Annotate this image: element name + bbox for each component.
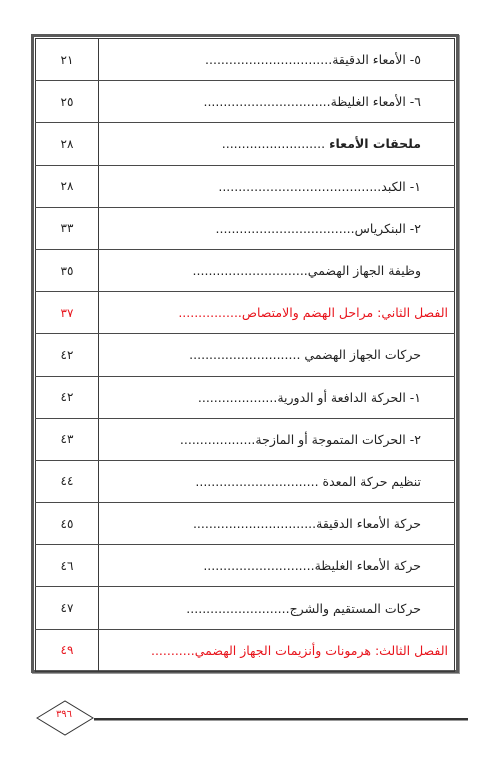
toc-row[interactable]: ٤٢حركات الجهاز الهضمي ..................… bbox=[36, 334, 455, 376]
entry-title: حركات الجهاز الهضمي ....................… bbox=[99, 334, 455, 376]
toc-row-chapter[interactable]: ٣٧الفصل الثاني: مراحل الهضم والامتصاص...… bbox=[36, 292, 455, 334]
entry-title: الفصل الثالث: هرمونات وأنزيمات الجهاز ال… bbox=[99, 629, 455, 671]
entry-title: تنظيم حركة المعدة ......................… bbox=[99, 460, 455, 502]
leader-dots: .......................... bbox=[186, 601, 289, 616]
entry-title: ١- الكبد................................… bbox=[99, 165, 455, 207]
entry-label: حركات الجهاز الهضمي bbox=[304, 347, 421, 362]
entry-title: الفصل الثاني: مراحل الهضم والامتصاص.....… bbox=[99, 292, 455, 334]
footer-rule bbox=[94, 718, 468, 721]
entry-label: ١- الكبد bbox=[381, 179, 421, 194]
leader-dots: ............................ bbox=[189, 347, 304, 362]
page-number: ٢١ bbox=[36, 39, 99, 81]
leader-dots: ................... bbox=[180, 432, 256, 447]
page-number: ٣٧ bbox=[36, 292, 99, 334]
leader-dots: ................................ bbox=[205, 52, 332, 67]
entry-label: الفصل الثاني: مراحل الهضم والامتصاص bbox=[242, 305, 448, 320]
entry-label: حركة الأمعاء الغليظة bbox=[315, 558, 421, 573]
leader-dots: ............................... bbox=[193, 516, 316, 531]
toc-row[interactable]: ٤٧حركات المستقيم والشرج.................… bbox=[36, 587, 455, 629]
entry-title: ٢- البنكرياس............................… bbox=[99, 207, 455, 249]
leader-dots: ............................. bbox=[193, 263, 308, 278]
toc-row[interactable]: ٤٤تنظيم حركة المعدة ....................… bbox=[36, 460, 455, 502]
entry-title: ملحقات الأمعاء .........................… bbox=[99, 123, 455, 165]
toc-row[interactable]: ٣٥وظيفة الجهاز الهضمي...................… bbox=[36, 249, 455, 291]
page-number: ٣٥ bbox=[36, 249, 99, 291]
entry-label: حركات المستقيم والشرج bbox=[290, 601, 421, 616]
leader-dots: .................... bbox=[198, 390, 277, 405]
page-number: ٤٦ bbox=[36, 545, 99, 587]
leader-dots: ............................ bbox=[203, 558, 314, 573]
entry-label: ٢- الحركات المتموجة أو المازجة bbox=[255, 432, 421, 447]
entry-title: ٦- الأمعاء الغليظة......................… bbox=[99, 81, 455, 123]
entry-title: حركة الأمعاء الدقيقة....................… bbox=[99, 503, 455, 545]
entry-title: حركة الأمعاء الغليظة....................… bbox=[99, 545, 455, 587]
page-number: ٤٩ bbox=[36, 629, 99, 671]
entry-title: ٢- الحركات المتموجة أو المازجة..........… bbox=[99, 418, 455, 460]
entry-label: حركة الأمعاء الدقيقة bbox=[316, 516, 421, 531]
leader-dots: ........................................… bbox=[218, 179, 381, 194]
page-number: ٢٨ bbox=[36, 165, 99, 207]
page-number: ٢٥ bbox=[36, 81, 99, 123]
entry-label: ملحقات الأمعاء bbox=[329, 136, 421, 151]
entry-title: وظيفة الجهاز الهضمي.....................… bbox=[99, 249, 455, 291]
entry-label: وظيفة الجهاز الهضمي bbox=[308, 263, 421, 278]
page-number: ٣٣ bbox=[36, 207, 99, 249]
page-number: ٢٨ bbox=[36, 123, 99, 165]
leader-dots: .......................... bbox=[222, 136, 325, 151]
toc-row-chapter[interactable]: ٤٩الفصل الثالث: هرمونات وأنزيمات الجهاز … bbox=[36, 629, 455, 671]
toc-row[interactable]: ٢٨١- الكبد..............................… bbox=[36, 165, 455, 207]
footer-page-number: ٣٩٦ bbox=[36, 709, 92, 720]
page-number: ٤٥ bbox=[36, 503, 99, 545]
toc-row[interactable]: ٢٥٦- الأمعاء الغليظة....................… bbox=[36, 81, 455, 123]
toc-row[interactable]: ٣٣٢- البنكرياس..........................… bbox=[36, 207, 455, 249]
toc-row[interactable]: ٤٥حركة الأمعاء الدقيقة..................… bbox=[36, 503, 455, 545]
toc-body: ٢١٥- الأمعاء الدقيقة....................… bbox=[36, 39, 455, 672]
entry-label: ٦- الأمعاء الغليظة bbox=[331, 94, 421, 109]
toc-row[interactable]: ٤٣٢- الحركات المتموجة أو المازجة........… bbox=[36, 418, 455, 460]
leader-dots: ................ bbox=[178, 305, 242, 320]
entry-label: تنظيم حركة المعدة bbox=[323, 474, 421, 489]
page-number: ٤٧ bbox=[36, 587, 99, 629]
page-number: ٤٢ bbox=[36, 376, 99, 418]
table-of-contents: ٢١٥- الأمعاء الدقيقة....................… bbox=[35, 38, 455, 672]
entry-title: حركات المستقيم والشرج...................… bbox=[99, 587, 455, 629]
entry-title: ١- الحركة الدافعة أو الدورية............… bbox=[99, 376, 455, 418]
entry-label: ١- الحركة الدافعة أو الدورية bbox=[277, 390, 421, 405]
toc-row[interactable]: ٤٦حركة الأمعاء الغليظة..................… bbox=[36, 545, 455, 587]
entry-label: الفصل الثالث: هرمونات وأنزيمات الجهاز ال… bbox=[195, 643, 448, 658]
toc-row[interactable]: ٤٢١- الحركة الدافعة أو الدورية..........… bbox=[36, 376, 455, 418]
entry-title: ٥- الأمعاء الدقيقة......................… bbox=[99, 39, 455, 81]
page-number: ٤٣ bbox=[36, 418, 99, 460]
toc-row[interactable]: ٢١٥- الأمعاء الدقيقة....................… bbox=[36, 39, 455, 81]
leader-dots: ............................... bbox=[195, 474, 322, 489]
toc-row-section[interactable]: ٢٨ملحقات الأمعاء .......................… bbox=[36, 123, 455, 165]
table-of-contents-frame: ٢١٥- الأمعاء الدقيقة....................… bbox=[31, 34, 459, 673]
page-number: ٤٢ bbox=[36, 334, 99, 376]
entry-label: ٥- الأمعاء الدقيقة bbox=[332, 52, 421, 67]
page-number: ٤٤ bbox=[36, 460, 99, 502]
leader-dots: ........... bbox=[151, 643, 195, 658]
entry-label: ٢- البنكرياس bbox=[355, 221, 421, 236]
leader-dots: ................................ bbox=[203, 94, 330, 109]
leader-dots: ................................... bbox=[216, 221, 355, 236]
